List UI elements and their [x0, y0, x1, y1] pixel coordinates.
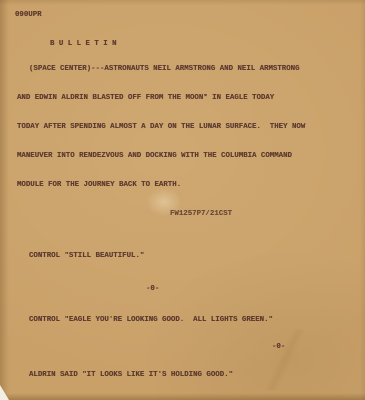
transmission-quote: CONTROL "STILL BEAUTIFUL." [29, 251, 144, 261]
bulletin-heading: B U L L E T I N [50, 39, 117, 49]
paper-edge-shadow-bottom [0, 393, 365, 400]
wire-slug: 090UPR [15, 10, 42, 20]
body-line: MODULE FOR THE JOURNEY BACK TO EARTH. [17, 180, 181, 190]
paper-edge-shadow-left [0, 0, 9, 400]
transmission-quote: ALDRIN SAID "IT LOOKS LIKE IT'S HOLDING … [29, 370, 233, 380]
body-line: TODAY AFTER SPENDING ALMOST A DAY ON THE… [17, 122, 305, 132]
body-line: MANEUVER INTO RENDEZVOUS AND DOCKING WIT… [17, 151, 292, 161]
separator-dash-0-dash: -0- [272, 342, 285, 352]
body-line: (SPACE CENTER)---ASTRONAUTS NEIL ARMSTRO… [29, 64, 300, 74]
paper-crease [210, 330, 360, 390]
paper-edge-shadow-right [360, 0, 365, 400]
wire-timestamp: FW1257P7/21CST [170, 209, 232, 219]
body-line: AND EDWIN ALDRIN BLASTED OFF FROM THE MO… [17, 93, 274, 103]
scanned-telegram-photo: 090UPR B U L L E T I N (SPACE CENTER)---… [0, 0, 365, 400]
separator-dash-0-dash: -0- [146, 284, 159, 294]
transmission-quote: CONTROL "EAGLE YOU'RE LOOKING GOOD. ALL … [29, 315, 273, 325]
paper-edge-shadow-top [0, 0, 365, 5]
